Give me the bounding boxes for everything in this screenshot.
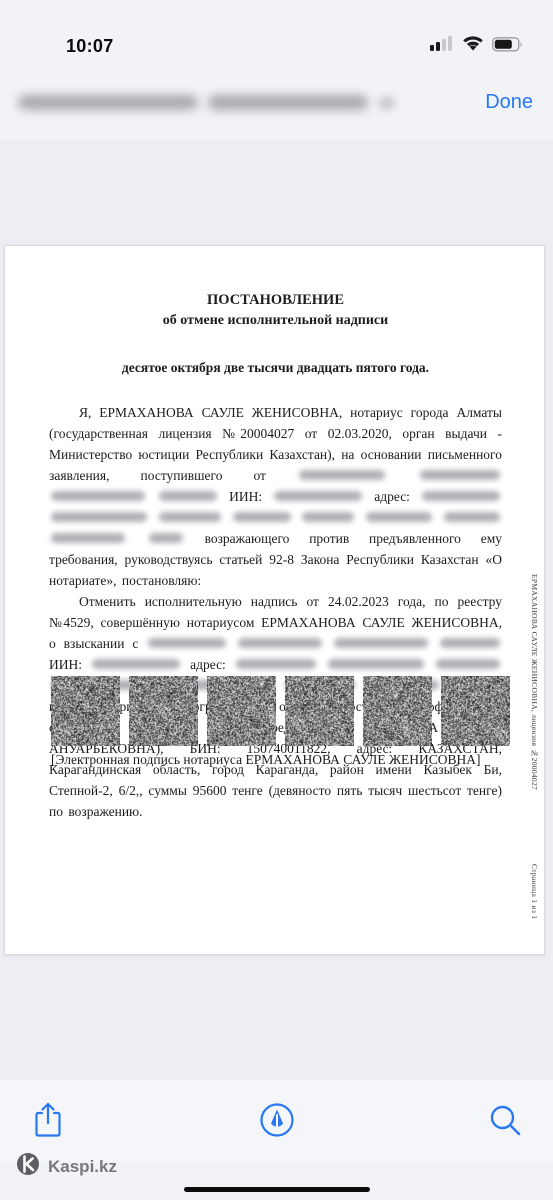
redacted-text xyxy=(92,659,180,669)
cellular-signal-icon xyxy=(430,36,454,57)
redacted-text xyxy=(149,533,183,543)
redacted-text xyxy=(238,638,322,648)
paragraph-1: Я, ЕРМАХАНОВА САУЛЕ ЖЕНИСОВНА, нотариус … xyxy=(49,402,502,591)
wifi-icon xyxy=(462,36,484,57)
redacted-text xyxy=(422,491,500,501)
address-label: адрес: xyxy=(190,657,226,672)
redacted-text xyxy=(366,512,432,522)
redacted-text xyxy=(444,512,500,522)
share-icon xyxy=(33,1101,63,1142)
redacted-text xyxy=(236,659,316,669)
redacted-text xyxy=(440,638,500,648)
home-indicator[interactable] xyxy=(184,1187,370,1192)
page-number-vertical-text: Страница 1 из 1 xyxy=(530,864,539,919)
done-button[interactable]: Done xyxy=(483,87,535,118)
signature-noise-block xyxy=(441,676,510,746)
redacted-title-blur xyxy=(18,95,198,110)
search-icon xyxy=(488,1103,522,1140)
signature-noise-block xyxy=(363,676,432,746)
signature-caption: [Электронная подпись нотариуса ЕРМАХАНОВ… xyxy=(51,752,481,768)
redacted-title-blur xyxy=(378,96,395,110)
document-date-line: десятое октября две тысячи двадцать пято… xyxy=(49,360,502,376)
signature-noise-block xyxy=(129,676,198,746)
address-label: адрес: xyxy=(374,489,410,504)
search-button[interactable] xyxy=(483,1099,527,1143)
redacted-text xyxy=(51,512,147,522)
margin-notary-vertical-text: ЕРМАХАНОВА САУЛЕ ЖЕНИСОВНА, лицензия №20… xyxy=(530,574,539,790)
redacted-title-blur xyxy=(208,95,368,110)
redacted-text xyxy=(302,512,354,522)
document-heading: ПОСТАНОВЛЕНИЕ xyxy=(49,290,502,311)
signature-stamp-row xyxy=(51,676,510,746)
document-subheading: об отмене исполнительной надписи xyxy=(49,311,502,331)
document-title-redacted xyxy=(18,95,483,110)
battery-icon xyxy=(492,37,523,57)
iin-label: ИИН: xyxy=(49,657,82,672)
document-viewer[interactable]: ПОСТАНОВЛЕНИЕ об отмене исполнительной н… xyxy=(0,140,553,1080)
screen: 10:07 xyxy=(0,0,553,1200)
redacted-text xyxy=(51,533,125,543)
markup-pen-icon xyxy=(258,1101,296,1142)
nav-bar: Done xyxy=(0,65,553,140)
kaspi-branding: Kaspi.kz xyxy=(16,1152,117,1181)
redacted-text xyxy=(420,470,500,480)
kaspi-logo-icon xyxy=(16,1152,40,1181)
redacted-text xyxy=(334,638,428,648)
redacted-text xyxy=(51,491,145,501)
signature-noise-block xyxy=(51,676,120,746)
clock: 10:07 xyxy=(66,36,114,57)
share-button[interactable] xyxy=(26,1099,70,1143)
redacted-text xyxy=(159,512,221,522)
signature-noise-block xyxy=(207,676,276,746)
document-page: ПОСТАНОВЛЕНИЕ об отмене исполнительной н… xyxy=(4,245,545,955)
redacted-text xyxy=(148,638,226,648)
redacted-text xyxy=(274,491,362,501)
redacted-text xyxy=(233,512,291,522)
redacted-text xyxy=(159,491,217,501)
redacted-text xyxy=(436,659,500,669)
status-icons xyxy=(430,36,523,57)
kaspi-label: Kaspi.kz xyxy=(48,1157,117,1177)
markup-button[interactable] xyxy=(255,1099,299,1143)
signature-noise-block xyxy=(285,676,354,746)
iin-label: ИИН: xyxy=(229,489,262,504)
document-content: ПОСТАНОВЛЕНИЕ об отмене исполнительной н… xyxy=(5,246,544,954)
bottom-toolbar xyxy=(0,1080,553,1162)
redacted-text xyxy=(299,470,385,480)
status-bar: 10:07 xyxy=(0,0,553,65)
redacted-text xyxy=(328,659,424,669)
